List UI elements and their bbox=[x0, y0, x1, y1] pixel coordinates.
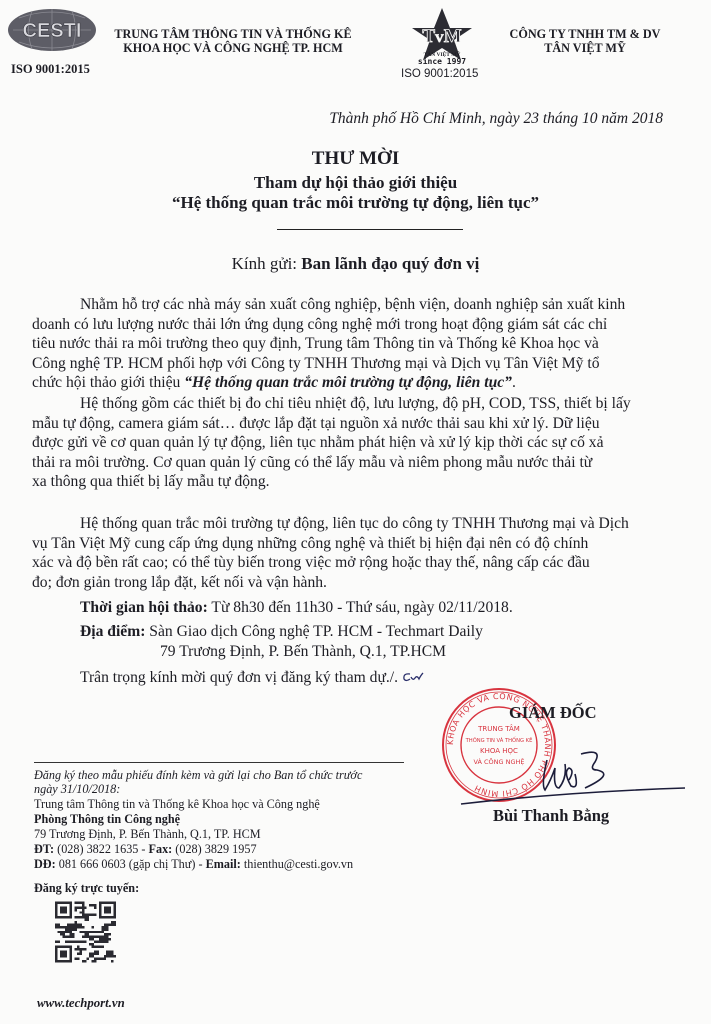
paragraph-line: xác và độ bền rất cao; có thể tùy biến t… bbox=[32, 553, 670, 573]
right-iso-label: ISO 9001:2015 bbox=[401, 68, 478, 80]
fax-value: (028) 3829 1957 bbox=[172, 842, 256, 856]
paragraph-line: Hệ thống gồm các thiết bị đo chỉ tiêu nh… bbox=[80, 394, 670, 414]
logo-caption-since: since 1997 bbox=[406, 58, 478, 66]
paragraph-line: mẫu tự động, camera giám sát… được lắp đ… bbox=[32, 414, 670, 434]
paragraph-text: . bbox=[512, 374, 516, 391]
paragraph-line: doanh có lưu lượng nước thải lớn ứng dụn… bbox=[32, 315, 670, 335]
qr-code-icon[interactable] bbox=[55, 901, 116, 963]
event-time-label: Thời gian hội thảo: bbox=[80, 599, 208, 616]
mobile-label: DĐ: bbox=[34, 857, 56, 871]
online-registration-label: Đăng ký trực tuyến: bbox=[34, 881, 139, 896]
document-subtitle: Tham dự hội thảo giới thiệu “Hệ thống qu… bbox=[0, 173, 711, 213]
paragraph-line: tiêu nước thải ra môi trường theo quy đị… bbox=[32, 334, 670, 354]
event-location-line2: 79 Trương Định, P. Bến Thành, Q.1, TP.HC… bbox=[160, 642, 446, 662]
cesti-logo: CESTI bbox=[7, 8, 97, 52]
email-label: Email: bbox=[206, 857, 241, 871]
left-org-line1: TRUNG TÂM THÔNG TIN VÀ THỐNG KÊ bbox=[108, 27, 358, 41]
paragraph-text: chức hội thảo giới thiệu bbox=[32, 374, 184, 391]
svg-text:CESTI: CESTI bbox=[23, 20, 82, 42]
paragraph-line: đo; đơn giản trong lắp đặt, kết nối và v… bbox=[32, 573, 670, 593]
tan-viet-my-logo-caption: TÂN VIỆT MỸ since 1997 bbox=[406, 52, 478, 66]
subtitle-line2: “Hệ thống quan trắc môi trường tự động, … bbox=[0, 193, 711, 213]
mobile-value: 081 666 0603 (gặp chị Thư) - bbox=[56, 857, 206, 871]
phone-label: ĐT: bbox=[34, 842, 54, 856]
paragraph-line: xa thông qua thiết bị lấy mẫu tự động. bbox=[32, 472, 670, 492]
registration-note-line1: Đăng ký theo mẫu phiếu đính kèm và gửi l… bbox=[34, 768, 362, 783]
paragraph-line: Công nghệ TP. HCM phối hợp với Công ty T… bbox=[32, 354, 670, 374]
paragraph-line: Hệ thống quan trắc môi trường tự động, l… bbox=[80, 514, 670, 534]
footer-divider bbox=[34, 762, 404, 763]
paragraph-line: chức hội thảo giới thiệu “Hệ thống quan … bbox=[32, 373, 670, 393]
footer-organization: Trung tâm Thông tin và Thống kê Khoa học… bbox=[34, 797, 320, 812]
right-org-line1: CÔNG TY TNHH TM & DV bbox=[505, 27, 665, 41]
date-line: Thành phố Hồ Chí Minh, ngày 23 tháng 10 … bbox=[329, 110, 663, 128]
right-org-line2: TÂN VIỆT MỸ bbox=[505, 41, 665, 55]
event-name-emphasis: “Hệ thống quan trắc môi trường tự động, … bbox=[184, 374, 512, 391]
event-location-line1: Sàn Giao dịch Công nghệ TP. HCM - Techma… bbox=[145, 623, 482, 640]
closing-text: Trân trọng kính mời quý đơn vị đăng ký t… bbox=[80, 669, 398, 686]
greeting-prefix: Kính gửi: bbox=[232, 254, 302, 273]
fax-label: Fax: bbox=[149, 842, 173, 856]
closing-line: Trân trọng kính mời quý đơn vị đăng ký t… bbox=[80, 668, 424, 688]
initials-mark-icon bbox=[402, 671, 424, 683]
phone-value: (028) 3822 1635 - bbox=[54, 842, 148, 856]
greeting-recipient: Ban lãnh đạo quý đơn vị bbox=[301, 254, 479, 273]
right-organization-name: CÔNG TY TNHH TM & DV TÂN VIỆT MỸ bbox=[505, 27, 665, 55]
paragraph-line: vụ Tân Việt Mỹ cung cấp ứng dụng những c… bbox=[32, 534, 670, 554]
greeting: Kính gửi: Ban lãnh đạo quý đơn vị bbox=[0, 254, 711, 274]
footer-mobile-email: DĐ: 081 666 0603 (gặp chị Thư) - Email: … bbox=[34, 857, 353, 872]
title-divider bbox=[277, 229, 463, 230]
subtitle-line1: Tham dự hội thảo giới thiệu bbox=[0, 173, 711, 193]
email-link[interactable]: thienthu@cesti.gov.vn bbox=[241, 857, 353, 871]
document-title: THƯ MỜI bbox=[0, 148, 711, 170]
footer-department: Phòng Thông tin Công nghệ bbox=[34, 812, 180, 827]
event-location: Địa điểm: Sàn Giao dịch Công nghệ TP. HC… bbox=[80, 622, 483, 642]
online-registration-text: Đăng ký trực tuyến: bbox=[34, 881, 139, 895]
paragraph-1: Nhằm hỗ trợ các nhà máy sản xuất công ng… bbox=[80, 295, 670, 393]
paragraph-line: thải ra môi trường. Cơ quan quản lý cũng… bbox=[32, 453, 670, 473]
website-link[interactable]: www.techport.vn bbox=[37, 996, 125, 1011]
signatory-title: GIÁM ĐỐC bbox=[509, 703, 597, 723]
registration-note-line2: ngày 31/10/2018: bbox=[34, 782, 120, 797]
event-time: Thời gian hội thảo: Từ 8h30 đến 11h30 - … bbox=[80, 598, 513, 618]
footer-department-text: Phòng Thông tin Công nghệ bbox=[34, 812, 180, 826]
left-org-line2: KHOA HỌC VÀ CÔNG NGHỆ TP. HCM bbox=[108, 41, 358, 55]
paragraph-line: được gửi về cơ quan quản lý tự động, liê… bbox=[32, 433, 670, 453]
left-iso-label: ISO 9001:2015 bbox=[11, 62, 90, 77]
paragraph-line: Nhằm hỗ trợ các nhà máy sản xuất công ng… bbox=[80, 295, 670, 315]
footer-phone-fax: ĐT: (028) 3822 1635 - Fax: (028) 3829 19… bbox=[34, 842, 257, 857]
event-location-label: Địa điểm: bbox=[80, 623, 145, 640]
paragraph-3: Hệ thống quan trắc môi trường tự động, l… bbox=[80, 514, 670, 592]
footer-address: 79 Trương Định, P. Bến Thành, Q.1, TP. H… bbox=[34, 827, 261, 842]
paragraph-2: Hệ thống gồm các thiết bị đo chỉ tiêu nh… bbox=[80, 394, 670, 492]
event-time-value: Từ 8h30 đến 11h30 - Thứ sáu, ngày 02/11/… bbox=[208, 599, 513, 616]
left-organization-name: TRUNG TÂM THÔNG TIN VÀ THỐNG KÊ KHOA HỌC… bbox=[108, 27, 358, 55]
signatory-name: Bùi Thanh Bằng bbox=[493, 806, 609, 826]
